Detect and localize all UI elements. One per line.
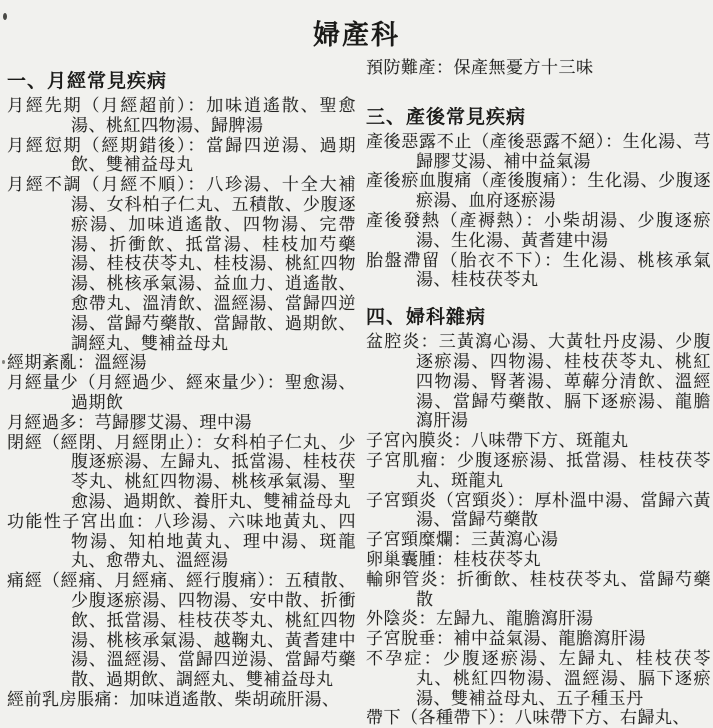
treatment-entry: 不孕症：少腹逐瘀湯、左歸丸、桂枝茯苓丸、桃紅四物湯、溫經湯、膈下逐瘀湯、雙補益母… [366, 649, 711, 708]
treatment-entry: 盆腔炎：三黃瀉心湯、大黃牡丹皮湯、少腹逐瘀湯、四物湯、桂枝茯苓丸、桃紅四物湯、腎… [366, 332, 711, 431]
treatment-entry: 痛經（經痛、月經痛、經行腹痛）：五積散、少腹逐瘀湯、四物湯、安中散、折衝飲、抵當… [7, 571, 356, 690]
treatment-entry: 產後惡露不止（產後惡露不絕）：生化湯、芎歸膠艾湯、補中益氣湯 [366, 132, 711, 172]
treatment-entry: 經前乳房脹痛：加味逍遙散、柴胡疏肝湯、 [7, 690, 356, 710]
treatment-entry: 月經過多：芎歸膠艾湯、理中湯 [7, 413, 356, 433]
left-column: 一、月經常見疾病 月經先期（月經超前）：加味逍遙散、聖愈湯、桃紅四物湯、歸脾湯 … [7, 72, 356, 710]
treatment-entry: 產後發熱（產褥熱）：小柴胡湯、少腹逐瘀湯、生化湯、黃耆建中湯 [366, 211, 711, 251]
treatment-entry: 月經愆期（經期錯後）：當歸四逆湯、過期飲、雙補益母丸 [7, 136, 356, 176]
scan-speck [2, 360, 5, 364]
treatment-entry: 經期紊亂：溫經湯 [7, 353, 356, 373]
treatment-entry: 子宮脫垂：補中益氣湯、龍膽瀉肝湯 [366, 629, 711, 649]
scan-speck [3, 13, 7, 20]
treatment-entry: 預防難產：保產無憂方十三味 [366, 58, 711, 78]
treatment-entry: 閉經（經閉、月經閉止）：女科柏子仁丸、少腹逐瘀湯、左歸丸、抵當湯、桂枝茯苓丸、桃… [7, 433, 356, 512]
treatment-entry: 產後瘀血腹痛（產後腹痛）：生化湯、少腹逐瘀湯、血府逐瘀湯 [366, 171, 711, 211]
right-column: 預防難產：保產無憂方十三味 三、產後常見疾病 產後惡露不止（產後惡露不絕）：生化… [366, 58, 711, 728]
treatment-entry: 月經不調（月經不順）：八珍湯、十全大補湯、女科柏子仁丸、五積散、少腹逐瘀湯、加味… [7, 175, 356, 353]
treatment-entry: 帶下（各種帶下）：八味帶下方、右歸丸、 [366, 708, 711, 728]
treatment-entry: 子宮肌瘤：少腹逐瘀湯、抵當湯、桂枝茯苓丸、斑龍丸 [366, 451, 711, 491]
treatment-entry: 胎盤滯留（胎衣不下）：生化湯、桃核承氣湯、桂枝茯苓丸 [366, 251, 711, 291]
section-heading-menstrual-diseases: 一、月經常見疾病 [7, 72, 356, 92]
treatment-entry: 子宮頸糜爛：三黃瀉心湯 [366, 530, 711, 550]
page-title: 婦產科 [0, 20, 713, 50]
treatment-entry: 功能性子宮出血：八珍湯、六味地黃丸、四物湯、知柏地黃丸、理中湯、斑龍丸、愈帶丸、… [7, 512, 356, 571]
section-heading-gynecological-misc: 四、婦科雜病 [366, 308, 711, 328]
treatment-entry: 外陰炎：左歸九、龍膽瀉肝湯 [366, 609, 711, 629]
treatment-entry: 子宮內膜炎：八味帶下方、斑龍丸 [366, 431, 711, 451]
treatment-entry: 輸卵管炎：折衝飲、桂枝茯苓丸、當歸芍藥散 [366, 570, 711, 610]
treatment-entry: 月經量少（月經過少、經來量少）：聖愈湯、過期飲 [7, 373, 356, 413]
section-heading-postpartum-diseases: 三、產後常見疾病 [366, 108, 711, 128]
treatment-entry: 子宮頸炎（宮頸炎）：厚朴溫中湯、當歸六黃湯、當歸芍藥散 [366, 491, 711, 531]
treatment-entry: 月經先期（月經超前）：加味逍遙散、聖愈湯、桃紅四物湯、歸脾湯 [7, 96, 356, 136]
document-page: 婦產科 一、月經常見疾病 月經先期（月經超前）：加味逍遙散、聖愈湯、桃紅四物湯、… [0, 0, 713, 728]
treatment-entry: 卵巢囊腫：桂枝茯苓丸 [366, 550, 711, 570]
